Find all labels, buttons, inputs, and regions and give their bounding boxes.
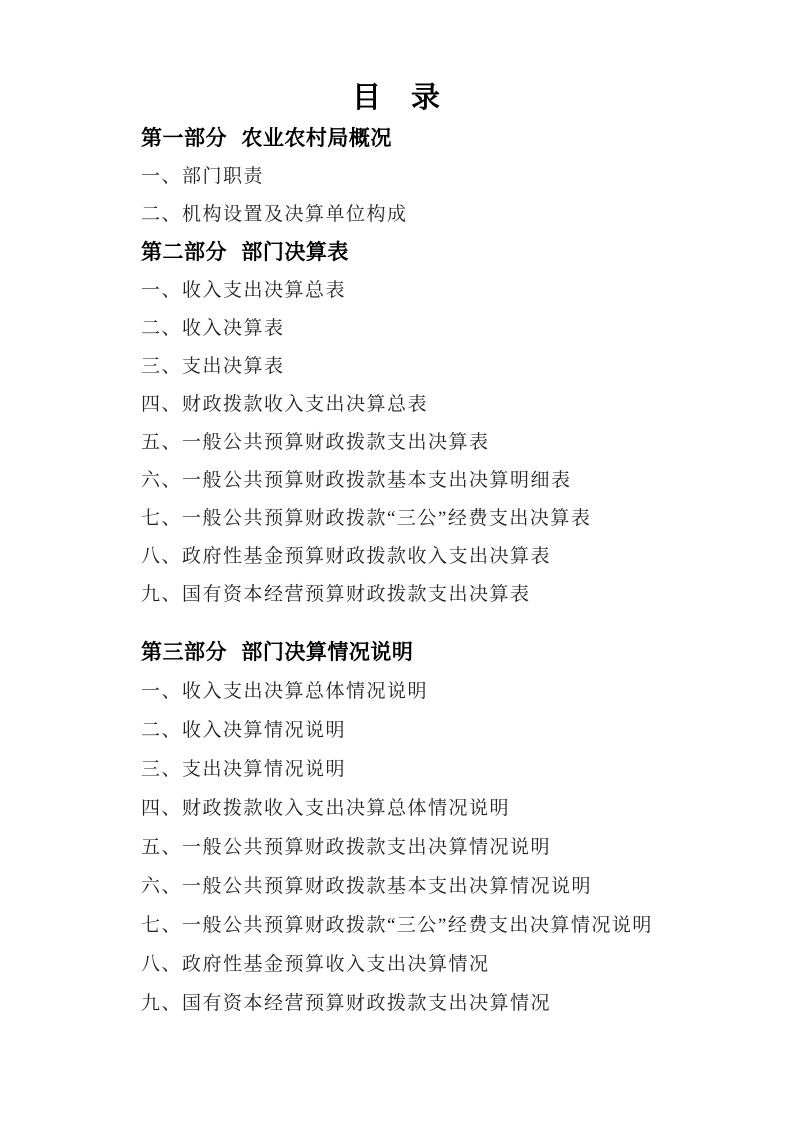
toc-entry: 三、支出决算表 (141, 348, 733, 386)
section-2-heading: 第二部分 部门决算表 (141, 234, 733, 272)
toc-entry: 八、政府性基金预算收入支出决算情况 (141, 945, 733, 984)
section-1-heading: 第一部分 农业农村局概况 (141, 120, 733, 158)
toc-entry: 四、财政拨款收入支出决算总体情况说明 (141, 789, 733, 828)
toc-entry: 三、支出决算情况说明 (141, 750, 733, 789)
toc-entry: 八、政府性基金预算财政拨款收入支出决算表 (141, 538, 733, 576)
toc-entry: 一、部门职责 (141, 158, 733, 196)
toc-entry: 九、国有资本经营预算财政拨款支出决算表 (141, 576, 733, 614)
toc-entry: 六、一般公共预算财政拨款基本支出决算情况说明 (141, 867, 733, 906)
toc-section-1: 第一部分 农业农村局概况 一、部门职责 二、机构设置及决算单位构成 (141, 120, 733, 234)
section-3-heading: 第三部分 部门决算情况说明 (141, 634, 733, 672)
document-page: 目 录 第一部分 农业农村局概况 一、部门职责 二、机构设置及决算单位构成 第二… (0, 0, 793, 1122)
toc-entry: 二、机构设置及决算单位构成 (141, 196, 733, 234)
toc-entry: 五、一般公共预算财政拨款支出决算情况说明 (141, 828, 733, 867)
toc-entry: 六、一般公共预算财政拨款基本支出决算明细表 (141, 462, 733, 500)
toc-entry: 七、一般公共预算财政拨款“三公”经费支出决算情况说明 (141, 906, 733, 945)
toc-entry: 七、一般公共预算财政拨款“三公”经费支出决算表 (141, 500, 733, 538)
toc-section-2: 第二部分 部门决算表 一、收入支出决算总表 二、收入决算表 三、支出决算表 四、… (141, 234, 733, 614)
toc-entry: 四、财政拨款收入支出决算总表 (141, 386, 733, 424)
toc-entry: 一、收入支出决算总表 (141, 272, 733, 310)
page-title: 目 录 (0, 76, 793, 120)
toc-entry: 九、国有资本经营预算财政拨款支出决算情况 (141, 984, 733, 1023)
toc-entry: 一、收入支出决算总体情况说明 (141, 672, 733, 711)
toc-section-3: 第三部分 部门决算情况说明 一、收入支出决算总体情况说明 二、收入决算情况说明 … (141, 634, 733, 1023)
toc-entry: 五、一般公共预算财政拨款支出决算表 (141, 424, 733, 462)
toc-entry: 二、收入决算表 (141, 310, 733, 348)
toc-entry: 二、收入决算情况说明 (141, 711, 733, 750)
